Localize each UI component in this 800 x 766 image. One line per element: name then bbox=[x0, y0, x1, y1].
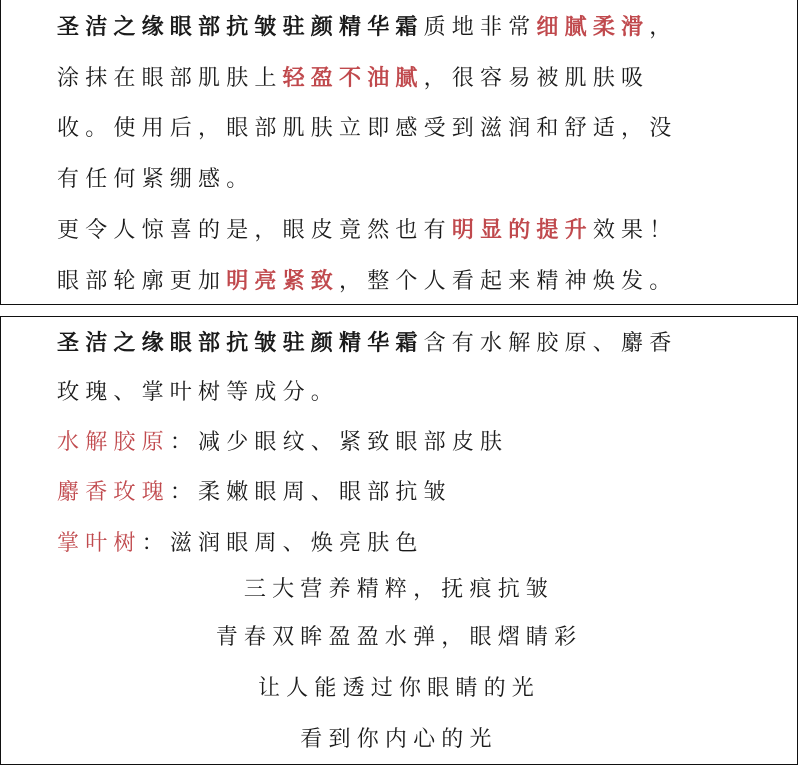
highlight-text: 明亮紧致 bbox=[226, 269, 339, 294]
box1-line-6: 眼部轮廓更加明亮紧致，整个人看起来精神焕发。 bbox=[57, 269, 677, 295]
ingredient-effect: 柔嫩眼周、眼部抗皱 bbox=[198, 480, 452, 505]
text: 收。使用后，眼部肌肤立即感受到滋润和舒适，没 bbox=[57, 116, 677, 141]
product-name: 圣洁之缘眼部抗皱驻颜精华霜 bbox=[57, 331, 424, 356]
text: 含有水解胶原、麝香 bbox=[424, 331, 678, 356]
intro-line-2: 玫瑰、掌叶树等成分。 bbox=[57, 380, 339, 406]
highlight-text: 轻盈不油腻 bbox=[283, 66, 424, 91]
ingredient-item: 掌叶树：滋润眼周、焕亮肤色 bbox=[57, 531, 424, 557]
text: ， bbox=[649, 15, 677, 40]
slogan-line: 青春双眸盈盈水弹，眼熠睛彩 bbox=[1, 625, 797, 651]
ingredients-box: 圣洁之缘眼部抗皱驻颜精华霜含有水解胶原、麝香 玫瑰、掌叶树等成分。 水解胶原：减… bbox=[0, 316, 798, 765]
slogan-line: 三大营养精粹，抚痕抗皱 bbox=[1, 577, 797, 603]
slogan-line: 让人能透过你眼睛的光 bbox=[1, 676, 797, 702]
text: 眼部轮廓更加 bbox=[57, 269, 226, 294]
slogan-line: 看到你内心的光 bbox=[1, 727, 797, 753]
ingredient-name: 水解胶原 bbox=[57, 430, 170, 455]
product-name: 圣洁之缘眼部抗皱驻颜精华霜 bbox=[57, 15, 424, 40]
box1-line-2: 涂抹在眼部肌肤上轻盈不油腻，很容易被肌肤吸 bbox=[57, 66, 649, 92]
ingredient-item: 水解胶原：减少眼纹、紧致眼部皮肤 bbox=[57, 430, 508, 456]
separator: ： bbox=[170, 430, 198, 455]
text: 涂抹在眼部肌肤上 bbox=[57, 66, 283, 91]
text: 效果！ bbox=[593, 218, 678, 243]
ingredient-effect: 减少眼纹、紧致眼部皮肤 bbox=[198, 430, 508, 455]
separator: ： bbox=[170, 480, 198, 505]
box1-line-1: 圣洁之缘眼部抗皱驻颜精华霜质地非常细腻柔滑， bbox=[57, 15, 677, 41]
box1-line-5: 更令人惊喜的是，眼皮竟然也有明显的提升效果！ bbox=[57, 218, 677, 244]
text: 玫瑰、掌叶树等成分。 bbox=[57, 380, 339, 405]
text: ，整个人看起来精神焕发。 bbox=[339, 269, 677, 294]
intro-line-1: 圣洁之缘眼部抗皱驻颜精华霜含有水解胶原、麝香 bbox=[57, 331, 677, 357]
highlight-text: 细腻柔滑 bbox=[536, 15, 649, 40]
highlight-text: 明显的提升 bbox=[452, 218, 593, 243]
text: 有任何紧绷感。 bbox=[57, 167, 254, 192]
texture-description-box: 圣洁之缘眼部抗皱驻颜精华霜质地非常细腻柔滑， 涂抹在眼部肌肤上轻盈不油腻，很容易… bbox=[0, 0, 798, 305]
text: 质地非常 bbox=[424, 15, 537, 40]
separator: ： bbox=[142, 531, 170, 556]
ingredient-item: 麝香玫瑰：柔嫩眼周、眼部抗皱 bbox=[57, 480, 452, 506]
text: ，很容易被肌肤吸 bbox=[424, 66, 650, 91]
ingredient-effect: 滋润眼周、焕亮肤色 bbox=[170, 531, 424, 556]
box1-line-4: 有任何紧绷感。 bbox=[57, 167, 254, 193]
ingredient-name: 掌叶树 bbox=[57, 531, 142, 556]
text: 更令人惊喜的是，眼皮竟然也有 bbox=[57, 218, 452, 243]
box1-line-3: 收。使用后，眼部肌肤立即感受到滋润和舒适，没 bbox=[57, 116, 677, 142]
ingredient-name: 麝香玫瑰 bbox=[57, 480, 170, 505]
